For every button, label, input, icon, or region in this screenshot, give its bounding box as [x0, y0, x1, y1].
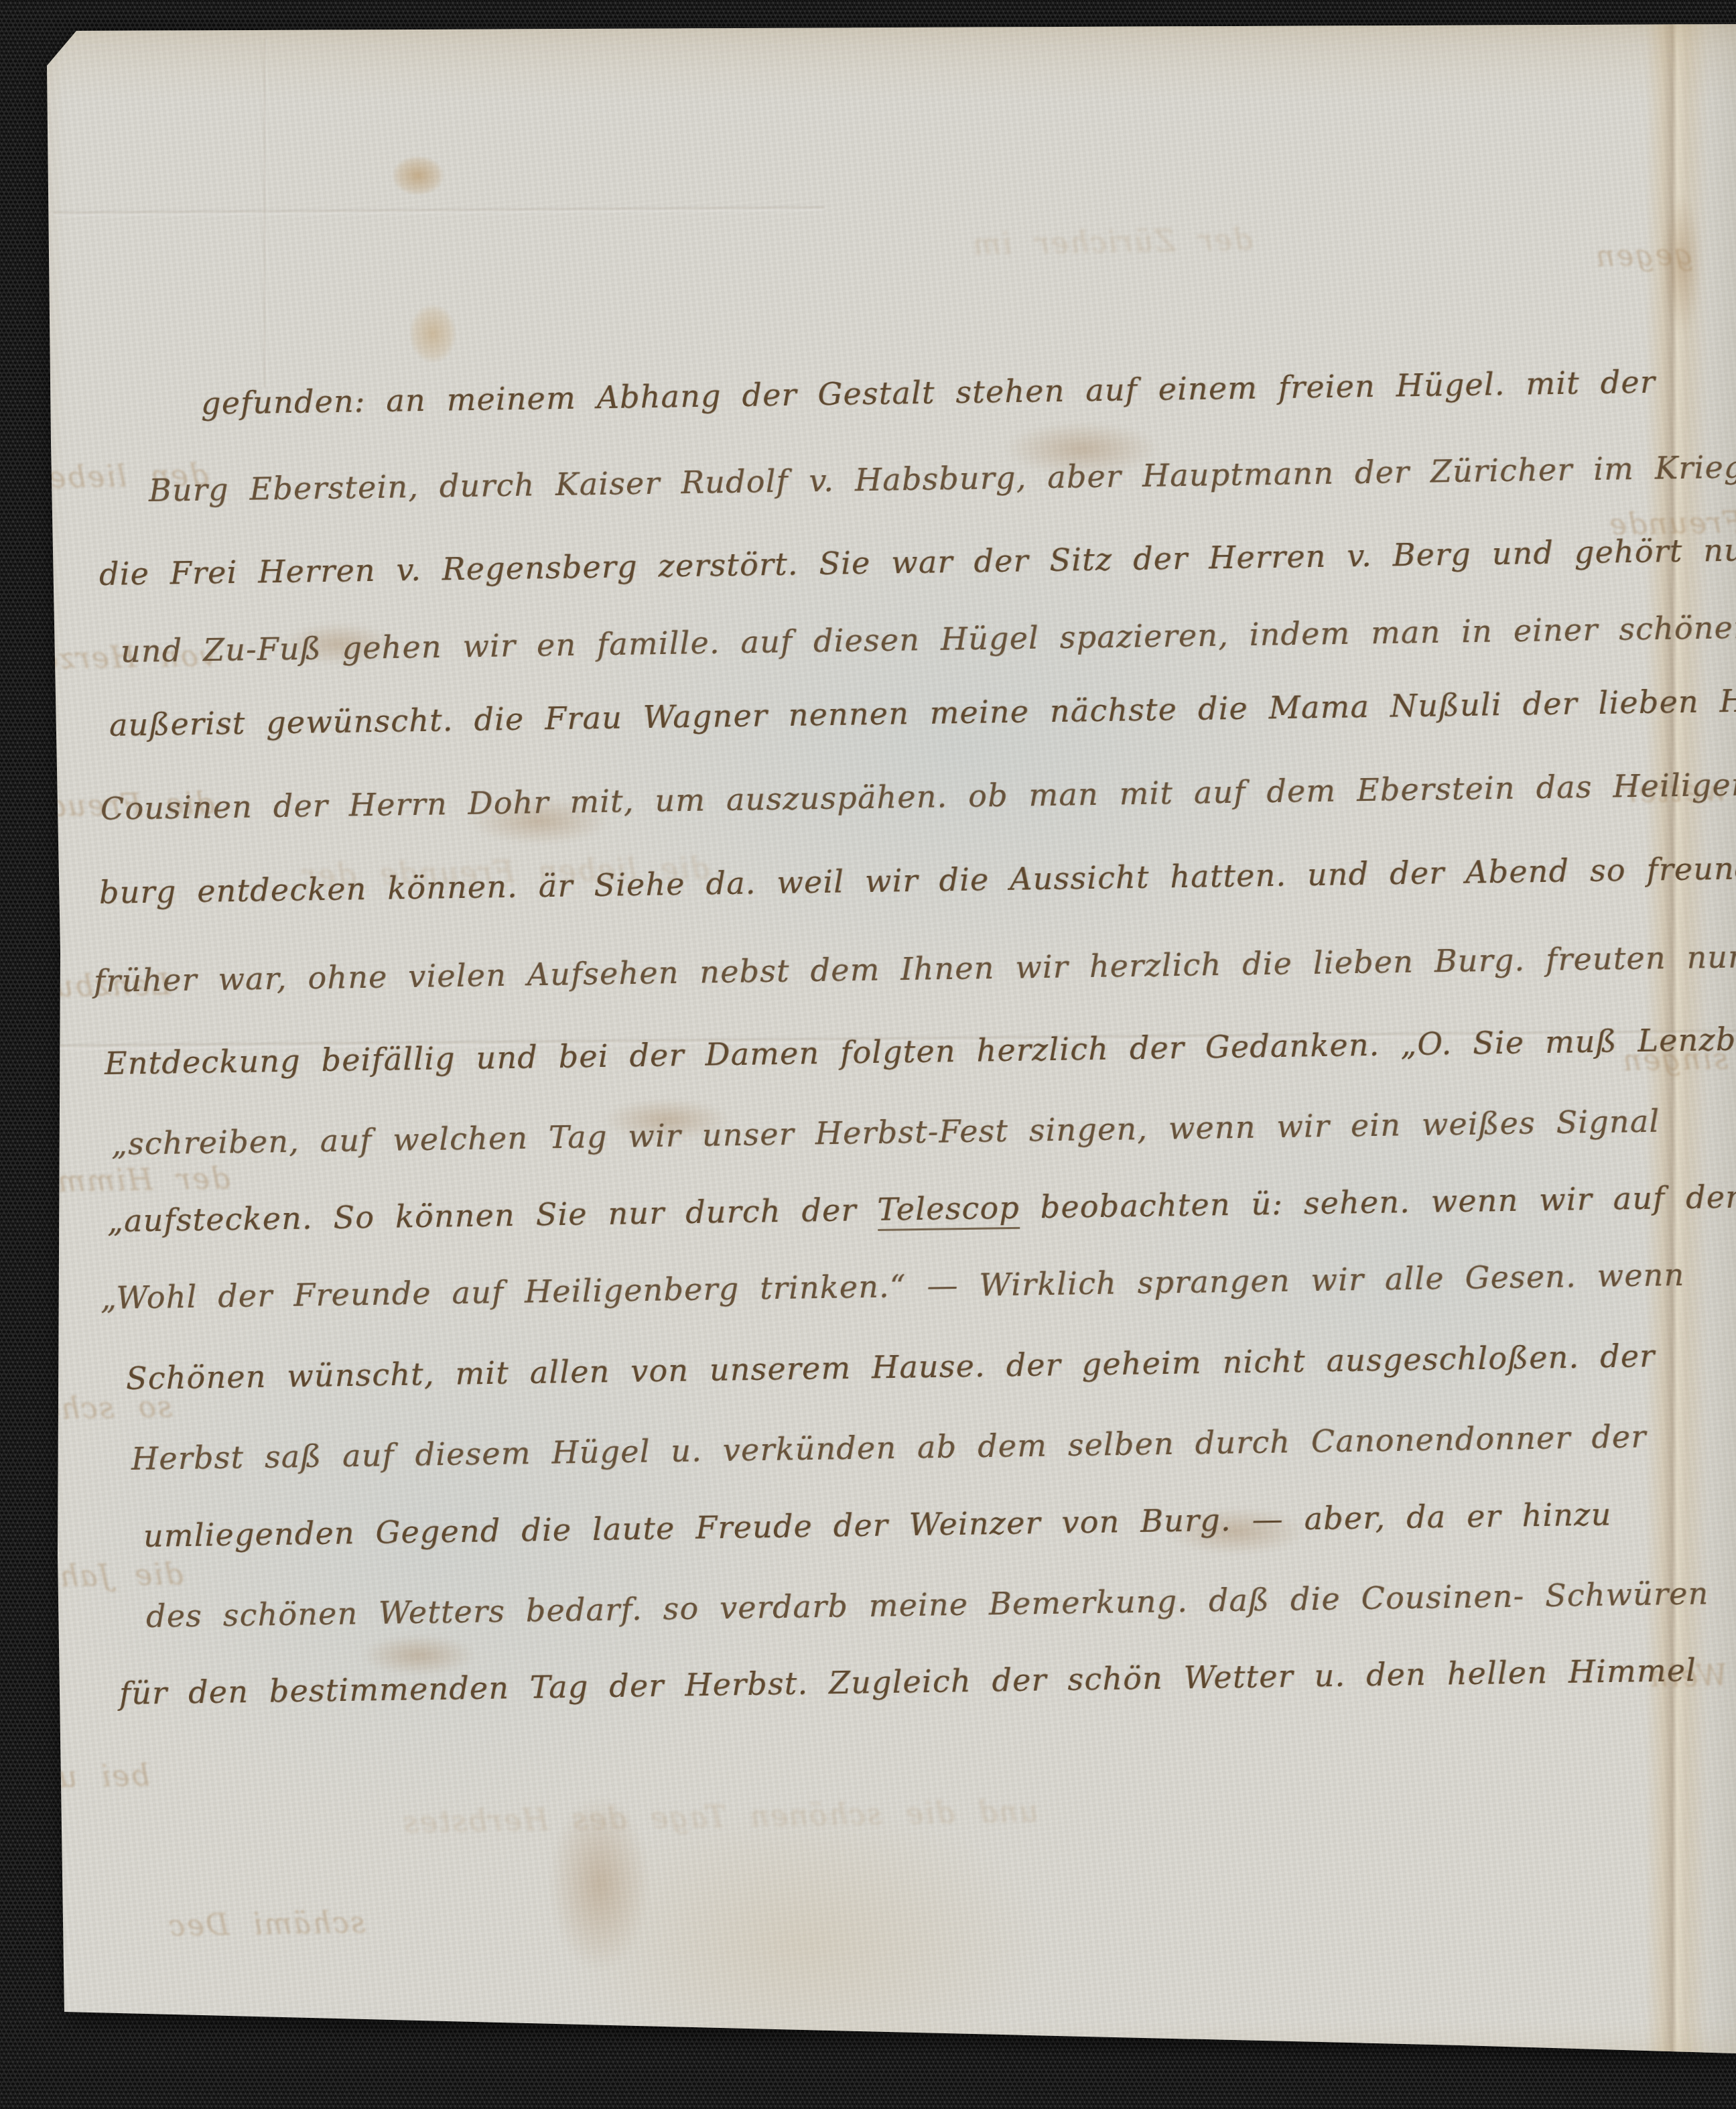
line-segment: „aufstecken. So können Sie nur durch der	[107, 1192, 878, 1239]
underlined-word-telescop: Telescop	[877, 1190, 1020, 1231]
handwritten-line: „aufstecken. So können Sie nur durch der…	[107, 1181, 1736, 1236]
handwritten-line: „schreiben, auf welchen Tag wir unser He…	[111, 1106, 1660, 1159]
handwritten-line: für den bestimmenden Tag der Herbst. Zug…	[119, 1655, 1697, 1709]
handwritten-line: Burg Eberstein, durch Kaiser Rudolf v. H…	[149, 450, 1736, 506]
manuscript-photo: den lieben von Herzen die Freude Lenzbur…	[0, 0, 1736, 2109]
handwritten-line: früher war, ohne vielen Aufsehen nebst d…	[94, 940, 1736, 997]
handwritten-line: Herbst saß auf diesem Hügel u. verkünden…	[131, 1421, 1647, 1474]
ink-smudge	[362, 1635, 476, 1675]
paper-shadow-wrapper: den lieben von Herzen die Freude Lenzbur…	[0, 0, 1736, 2109]
handwritten-line: Cousinen der Herrn Dohr mit, um auszuspä…	[101, 769, 1736, 824]
bleedthrough-fragment: die Jahre	[24, 1560, 184, 1592]
letter-paper: den lieben von Herzen die Freude Lenzbur…	[0, 0, 1736, 2109]
handwritten-line: außerist gewünscht. die Frau Wagner nenn…	[109, 683, 1736, 741]
line-segment: beobachten ü: sehen. wenn wir auf der	[1019, 1179, 1736, 1226]
handwritten-line: und Zu-Fuß gehen wir en famille. auf die…	[121, 612, 1736, 667]
bleedthrough-fragment: bei uns	[20, 1761, 150, 1793]
bleedthrough-fragment: und die schönen Tage des Herbstes	[402, 1797, 1039, 1838]
handwritten-line: des schönen Wetters bedarf. so verdarb m…	[146, 1578, 1709, 1632]
handwritten-line: „Wohl der Freunde auf Heiligenberg trink…	[101, 1259, 1685, 1314]
handwritten-line: gefunden: an meinem Abhang der Gestalt s…	[201, 367, 1656, 419]
handwritten-line: Entdeckung beifällig und bei der Damen f…	[105, 1023, 1736, 1079]
horizontal-fold-crease	[54, 206, 824, 216]
vertical-fold-crease	[264, 39, 267, 387]
bleedthrough-fragment: schämi Dec	[168, 1908, 366, 1941]
handwritten-line: Schönen wünscht, mit allen von unserem H…	[126, 1340, 1656, 1394]
bleedthrough-fragment: gegen	[1595, 241, 1693, 272]
bleedthrough-fragment: der Himmel	[27, 1164, 230, 1197]
handwritten-line: die Frei Herren v. Regensberg zerstört. …	[99, 534, 1736, 590]
handwritten-line: umliegenden Gegend die laute Freude der …	[143, 1498, 1612, 1551]
bleedthrough-fragment: der Züricher im	[972, 225, 1253, 259]
bleedthrough-fragment: so schön	[20, 1393, 173, 1425]
